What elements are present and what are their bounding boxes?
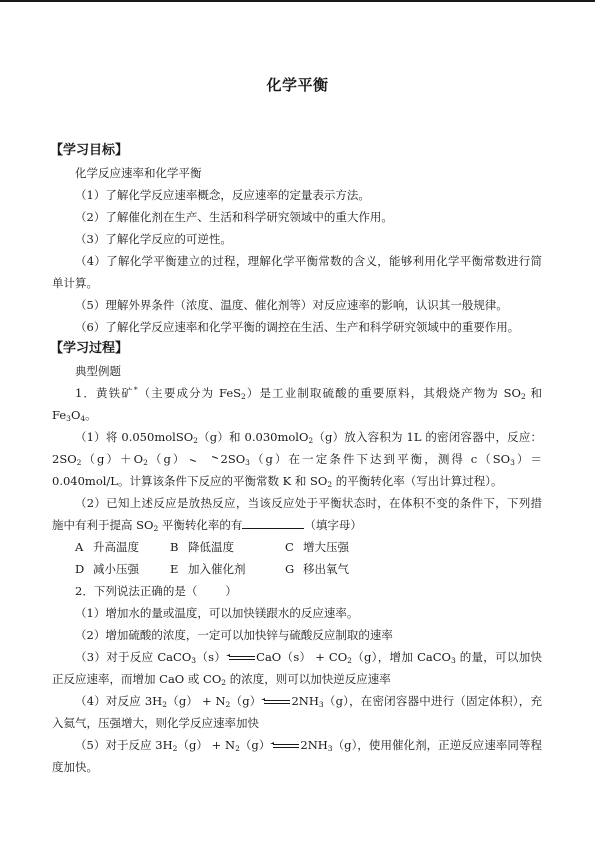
statement-2: （2）增加硫酸的浓度，一定可以加快锌与硫酸反应制取的速率 (52, 624, 542, 646)
options-row-1: A升高温度 B降低温度 C增大压强 (52, 536, 542, 558)
option-e: E加入催化剂 (170, 558, 285, 580)
question-1-part-1: （1）将 0.050molSO2（g）和 0.030molO2（g）放入容积为 … (52, 426, 542, 492)
answer-blank[interactable] (242, 518, 304, 529)
objective-item-2: （2）了解催化剂在生产、生活和科学研究领域中的重大作用。 (52, 206, 542, 228)
question-2-stem: 2．下列说法正确的是（） (52, 580, 542, 602)
equilibrium-arrow-icon (226, 653, 256, 663)
statement-3: （3）对于反应 CaCO3（s）CaO（s） + CO2（g），增加 CaCO3… (52, 646, 542, 690)
question-1-part-2: （2）已知上述反应是放热反应，当该反应处于平衡状态时，在体积不变的条件下，下列措… (52, 492, 542, 536)
statement-1: （1）增加水的量或温度，可以加快镁跟水的反应速率。 (52, 602, 542, 624)
objectives-heading: 【学习目标】 (50, 140, 542, 162)
objective-item-6: （6）了解化学反应速率和化学平衡的调控在生活、生产和科学研究领域中的重要作用。 (52, 316, 542, 338)
objective-item-4: （4）了解化学平衡建立的过程，理解化学平衡常数的含义，能够利用化学平衡常数进行简… (52, 250, 542, 294)
option-c: C增大压强 (285, 536, 349, 558)
objective-item-3: （3）了解化学反应的可逆性。 (52, 228, 542, 250)
statement-4: （4）对反应 3H2（g） + N2（g）2NH3（g），在密闭容器中进行（固定… (52, 690, 542, 734)
objective-item-1: （1）了解化学反应速率概念，反应速率的定量表示方法。 (52, 184, 542, 206)
equilibrium-arrow-icon (261, 697, 291, 707)
objectives-intro: 化学反应速率和化学平衡 (52, 162, 542, 184)
options-row-2: D减小压强 E加入催化剂 G移出氧气 (52, 558, 542, 580)
reversible-arrow-icon (187, 455, 221, 465)
option-a: A升高温度 (75, 536, 170, 558)
option-b: B降低温度 (170, 536, 285, 558)
option-g: G移出氧气 (285, 558, 349, 580)
document-body: 【学习目标】 化学反应速率和化学平衡 （1）了解化学反应速率概念，反应速率的定量… (52, 140, 542, 778)
option-d: D减小压强 (75, 558, 170, 580)
page-title: 化学平衡 (0, 74, 595, 95)
objective-item-5: （5）理解外界条件（浓度、温度、催化剂等）对反应速率的影响，认识其一般规律。 (52, 294, 542, 316)
process-heading: 【学习过程】 (50, 338, 542, 360)
top-border-rule (0, 0, 595, 2)
question-1-stem: 1．黄铁矿*（主要成分为 FeS2）是工业制取硫酸的重要原料，其煅烧产物为 SO… (52, 382, 542, 426)
examples-subheading: 典型例题 (52, 360, 542, 382)
statement-5: （5）对于反应 3H2（g） + N2（g）2NH3（g），使用催化剂，正逆反应… (52, 734, 542, 778)
equilibrium-arrow-icon (270, 741, 300, 751)
